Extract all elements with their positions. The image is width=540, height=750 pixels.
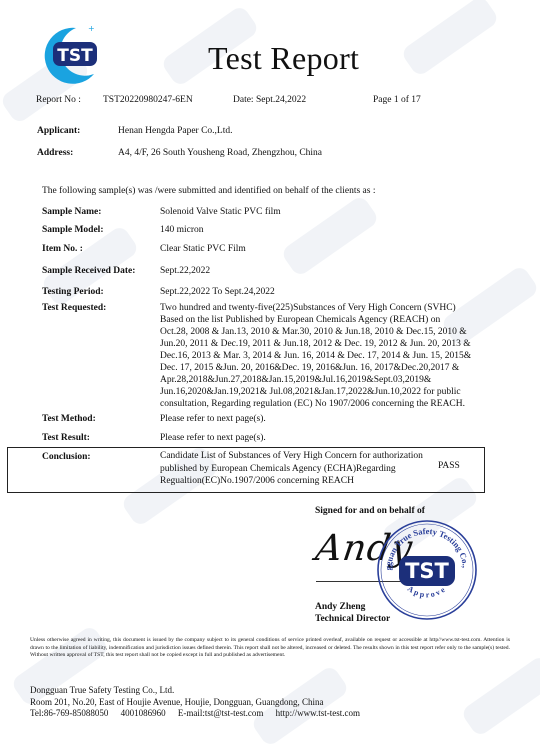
test-requested-line: Apr.28,2018&Jun.27,2018&Jan.15,2019&Jul.… — [160, 374, 530, 386]
test-result-value: Please refer to next page(s). — [160, 433, 266, 443]
conclusion-text: Candidate List of Substances of Very Hig… — [160, 450, 423, 488]
test-requested-line: Two hundred and twenty-five(225)Substanc… — [160, 302, 530, 314]
footer: Dongguan True Safety Testing Co., Ltd. R… — [30, 685, 360, 720]
test-requested-line: Dec. 17, 2015 &Jun. 20, 2016&Dec. 19, 20… — [160, 362, 530, 374]
applicant-label: Applicant: — [37, 126, 80, 136]
footer-phone: 4001086960 — [121, 708, 166, 718]
intro-text: The following sample(s) was /were submit… — [42, 186, 375, 196]
svg-text:+: + — [88, 24, 95, 33]
svg-text:TST: TST — [57, 46, 93, 66]
received-date-value: Sept.22,2022 — [160, 266, 210, 276]
address-value: A4, 4/F, 26 South Yousheng Road, Zhengzh… — [118, 148, 322, 158]
test-method-label: Test Method: — [42, 414, 96, 424]
item-no-label: Item No. : — [42, 244, 83, 254]
footer-company: Dongguan True Safety Testing Co., Ltd. — [30, 685, 360, 697]
page-title: Test Report — [208, 40, 359, 77]
signer-name: Andy Zheng — [315, 601, 390, 613]
report-no: TST20220980247-6EN — [103, 95, 193, 105]
test-requested-line: Based on the list Published by European … — [160, 314, 530, 326]
address-label: Address: — [37, 148, 73, 158]
signer-block: Andy Zheng Technical Director — [315, 601, 390, 625]
test-requested-line: Dec.16, 2013 & Mar. 3, 2014 & Jun. 16, 2… — [160, 350, 530, 362]
test-requested-label: Test Requested: — [42, 303, 106, 313]
testing-period-value: Sept.22,2022 To Sept.24,2022 — [160, 287, 275, 297]
sample-model-value: 140 micron — [160, 225, 204, 235]
footer-address: Room 201, No.20, East of Houjie Avenue, … — [30, 697, 360, 709]
footer-website-link[interactable]: http://www.tst-test.com — [276, 708, 360, 718]
sample-name-value: Solenoid Valve Static PVC film — [160, 207, 281, 217]
test-requested-line: Jun.16,2020&Jan.19,2021& Jul.08,2021&Jan… — [160, 386, 530, 398]
test-requested-line: consultation, Regarding regulation (EC) … — [160, 398, 530, 410]
signer-title: Technical Director — [315, 613, 390, 625]
conclusion-line: published by European Chemicals Agency (… — [160, 463, 423, 476]
conclusion-label: Conclusion: — [42, 452, 91, 462]
conclusion-line: Regualtion(EC)No.1907/2006 concerning RE… — [160, 475, 423, 488]
company-seal-icon: Dongguan True Safety Testing Co., Ltd. A… — [375, 518, 479, 622]
test-requested-line: Jun.20, 2011 & Dec.19, 2011 & Jun.18, 20… — [160, 338, 530, 350]
tst-logo-icon: + TST — [36, 22, 106, 88]
sample-model-label: Sample Model: — [42, 225, 103, 235]
page-indicator: Page 1 of 17 — [373, 95, 421, 105]
signed-for-text: Signed for and on behalf of — [315, 506, 425, 516]
conclusion-line: Candidate List of Substances of Very Hig… — [160, 450, 423, 463]
test-method-value: Please refer to next page(s). — [160, 414, 266, 424]
svg-text:TST: TST — [405, 559, 449, 583]
test-requested-line: Oct.28, 2008 & Jan.13, 2010 & Mar.30, 20… — [160, 326, 530, 338]
conclusion-result: PASS — [438, 461, 460, 471]
testing-period-label: Testing Period: — [42, 287, 104, 297]
test-requested-text: Two hundred and twenty-five(225)Substanc… — [160, 302, 530, 410]
report-no-label: Report No : — [36, 95, 81, 105]
item-no-value: Clear Static PVC Film — [160, 244, 246, 254]
applicant-value: Henan Hengda Paper Co.,Ltd. — [118, 126, 233, 136]
disclaimer-text: Unless otherwise agreed in writing, this… — [30, 637, 510, 660]
sample-name-label: Sample Name: — [42, 207, 101, 217]
received-date-label: Sample Received Date: — [42, 266, 135, 276]
svg-text:Approve: Approve — [406, 584, 449, 599]
report-date: Date: Sept.24,2022 — [233, 95, 306, 105]
footer-tel: Tel:86-769-85088050 — [30, 708, 108, 718]
footer-email-link[interactable]: E-mail:tst@tst-test.com — [178, 708, 264, 718]
test-result-label: Test Result: — [42, 433, 90, 443]
